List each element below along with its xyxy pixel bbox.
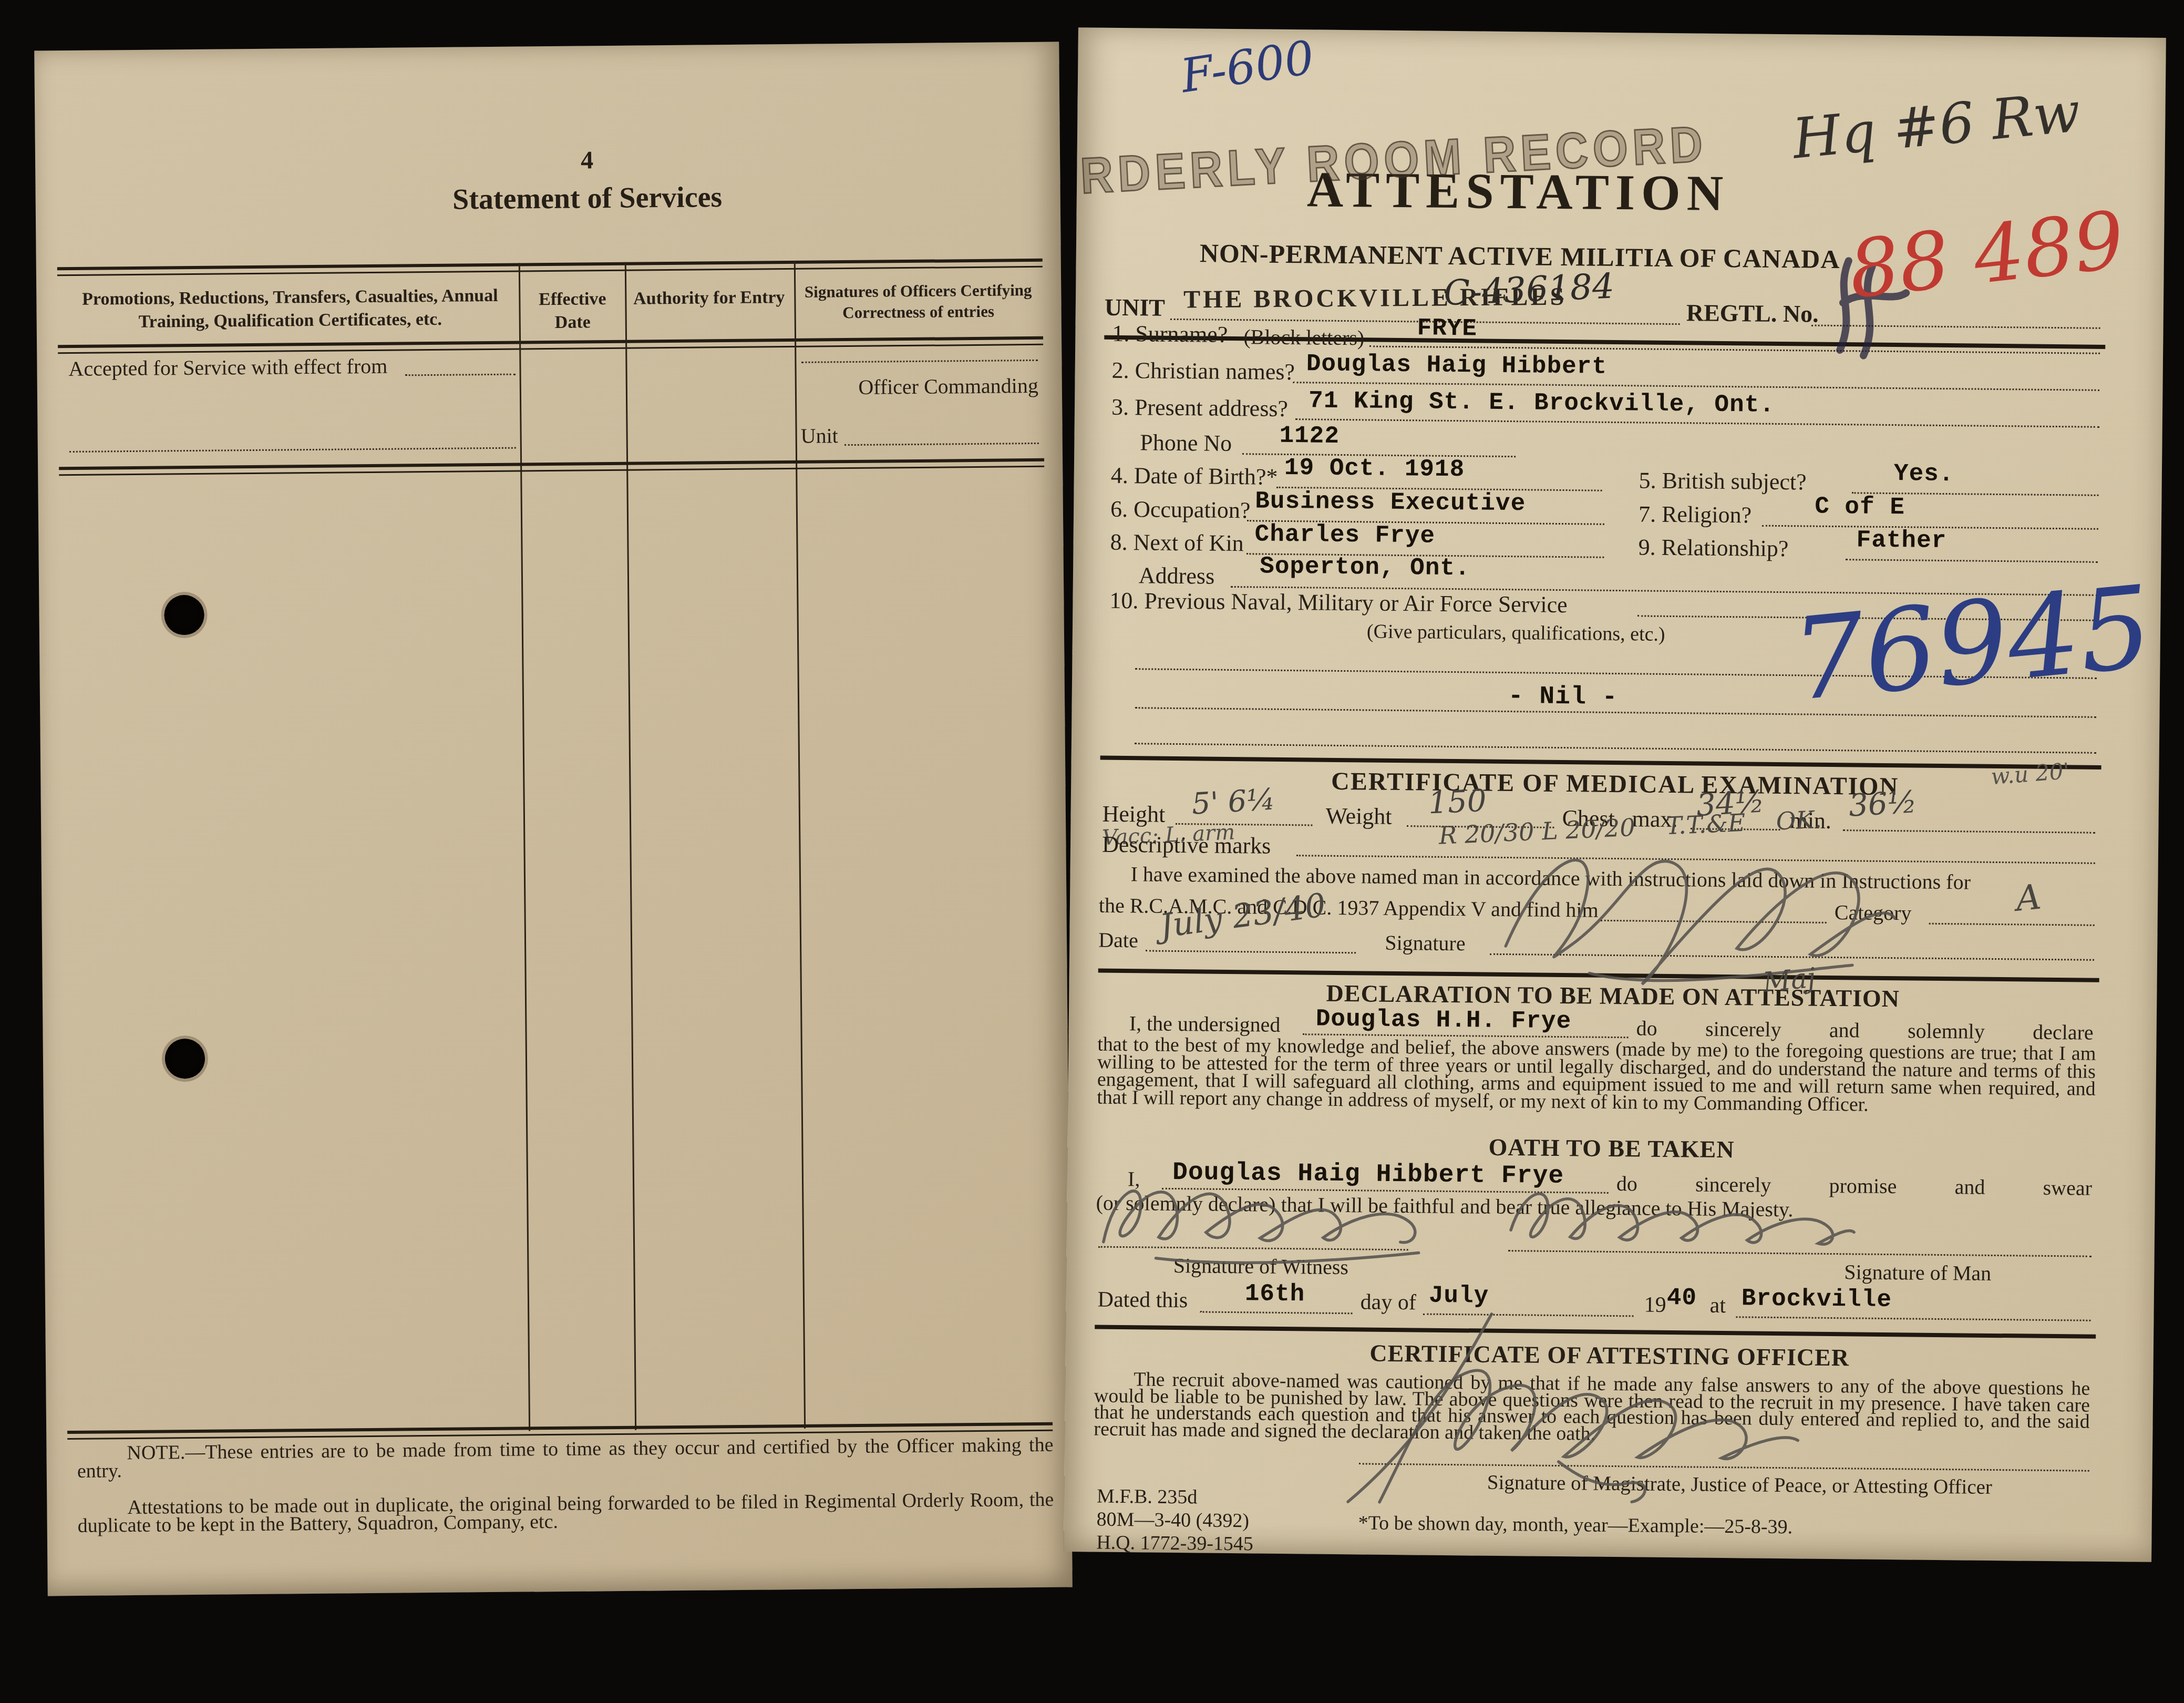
q1-value: FRYE: [1417, 314, 1477, 342]
q5-value: Yes.: [1894, 460, 1954, 488]
handwritten-hq-note: Hq #6 Rw: [1790, 80, 2083, 171]
med-date-label: Date: [1098, 928, 1138, 953]
q7-label: 7. Religion?: [1639, 500, 1752, 528]
dated-this-label: Dated this: [1098, 1287, 1188, 1314]
q8-value: Charles Frye: [1254, 520, 1435, 549]
dotted-line: [69, 447, 516, 453]
unit-field-label: UNIT: [1105, 293, 1166, 322]
table-header-rule: [58, 336, 1043, 354]
table-section-rule: [59, 458, 1044, 476]
table-header-effective-date: Effective Date: [522, 288, 623, 335]
med-signature-label: Signature: [1385, 930, 1466, 956]
right-page-attestation-form: F-600 ORDERLY ROOM RECORD Hq #6 Rw ATTES…: [1064, 27, 2166, 1562]
left-page-statement-of-services: 4 Statement of Services Promotions, Redu…: [34, 42, 1073, 1596]
scanned-attestation-document: 4 Statement of Services Promotions, Redu…: [0, 0, 2184, 1703]
magistrate-signature: [1285, 1307, 1812, 1512]
weight-value: 150: [1427, 783, 1487, 821]
medical-signature-rank-note: Maj: [1761, 962, 1817, 999]
man-signature: [1502, 1167, 1861, 1265]
table-header-signatures: Signatures of Officers Certifying Correc…: [797, 280, 1039, 324]
table-header-authority: Authority for Entry: [627, 286, 790, 311]
chest-min-value: 36½: [1848, 784, 1918, 824]
handwritten-regtl-number-red: 88 489: [1845, 194, 2129, 316]
q2-value: Douglas Haig Hibbert: [1306, 350, 1608, 380]
unit-label: Unit: [800, 423, 838, 448]
militia-subtitle: NON-PERMANENT ACTIVE MILITIA OF CANADA: [1200, 238, 1810, 274]
dotted-line: [801, 360, 1038, 363]
attestations-note-paragraph: Attestations to be made out in duplicate…: [77, 1491, 1054, 1535]
q8-label: 8. Next of Kin: [1110, 529, 1244, 557]
kin-address-value: Soperton, Ont.: [1260, 552, 1470, 582]
q4-label: 4. Date of Birth?*: [1111, 462, 1278, 490]
officer-commanding-label: Officer Commanding: [826, 373, 1038, 400]
table-top-rule: [57, 259, 1043, 276]
table-header-events: Promotions, Reductions, Transfers, Casua…: [68, 284, 512, 335]
punch-hole: [164, 595, 204, 635]
q1-sub-label: (Block letters): [1243, 324, 1364, 350]
regtl-no-label: REGTL. No.: [1686, 299, 1819, 327]
q7-value: C of E: [1815, 493, 1905, 521]
q10-sub-label: (Give particulars, qualifications, etc.): [1367, 620, 1665, 645]
print-code: 80M—3-40 (4392): [1097, 1508, 1250, 1533]
declaration-intro: I, the undersigned: [1129, 1011, 1281, 1037]
q4-value: 19 Oct. 1918: [1284, 454, 1465, 483]
q6-label: 6. Occupation?: [1110, 496, 1251, 524]
dotted-line: [1846, 559, 2098, 563]
punch-hole: [165, 1039, 205, 1079]
category-value: A: [2014, 876, 2043, 919]
q10-label: 10. Previous Naval, Military or Air Forc…: [1109, 587, 1568, 618]
handwritten-service-number-blue: 76945: [1787, 561, 2157, 726]
footnote: *To be shown day, month, year—Example:—2…: [1358, 1511, 1792, 1538]
dotted-line: [1929, 923, 2095, 926]
dated-day-value: 16th: [1245, 1280, 1305, 1308]
medical-officer-signature: [1484, 815, 1906, 998]
height-value: 5' 6¼: [1191, 782, 1276, 821]
handwritten-file-number: F-600: [1177, 30, 1317, 103]
dotted-line: [844, 443, 1039, 446]
table-column-divider: [519, 263, 530, 1431]
kin-address-label: Address: [1139, 562, 1215, 589]
q3-label: 3. Present address?: [1111, 394, 1288, 422]
descriptive-marks-label: Descriptive marks: [1102, 831, 1271, 859]
table-column-divider: [625, 262, 636, 1430]
phone-value: 1122: [1279, 422, 1340, 450]
q9-value: Father: [1856, 526, 1946, 555]
q2-label: 2. Christian names?: [1111, 357, 1295, 385]
handwritten-serial-number: C-436184: [1443, 265, 1615, 313]
dated-month-value: July: [1429, 1282, 1489, 1310]
form-code: M.F.B. 235d: [1097, 1485, 1198, 1509]
dated-place-value: Brockville: [1742, 1285, 1892, 1314]
dotted-line: [405, 374, 516, 376]
witness-signature: [1093, 1158, 1440, 1277]
hq-file-code: H.Q. 1772-39-1545: [1096, 1531, 1253, 1556]
q10-value: - Nil -: [1508, 682, 1618, 712]
accepted-for-service-label: Accepted for Service with effect from: [68, 354, 387, 381]
dotted-line: [1146, 950, 1356, 953]
dotted-line: [1295, 418, 2099, 428]
declaration-body: that to the best of my knowledge and bel…: [1097, 1036, 2096, 1116]
note-paragraph: NOTE.—These entries are to be made from …: [77, 1436, 1054, 1480]
q3-value: 71 King St. E. Brockville, Ont.: [1309, 387, 1775, 419]
q1-label: 1. Surname?: [1112, 320, 1228, 348]
page-number: 4: [88, 141, 1073, 179]
q6-value: Business Executive: [1255, 487, 1526, 517]
phone-label: Phone No: [1140, 429, 1232, 457]
q5-label: 5. British subject?: [1639, 467, 1806, 495]
pencil-note: w.u 20': [1990, 758, 2070, 789]
left-page-title: Statement of Services: [88, 177, 1072, 220]
declaration-name-value: Douglas H.H. Frye: [1316, 1006, 1572, 1035]
weight-label: Weight: [1325, 803, 1392, 830]
dotted-line: [1135, 743, 2096, 754]
q9-label: 9. Relationship?: [1638, 534, 1788, 562]
dated-year-value: 40: [1667, 1284, 1697, 1312]
